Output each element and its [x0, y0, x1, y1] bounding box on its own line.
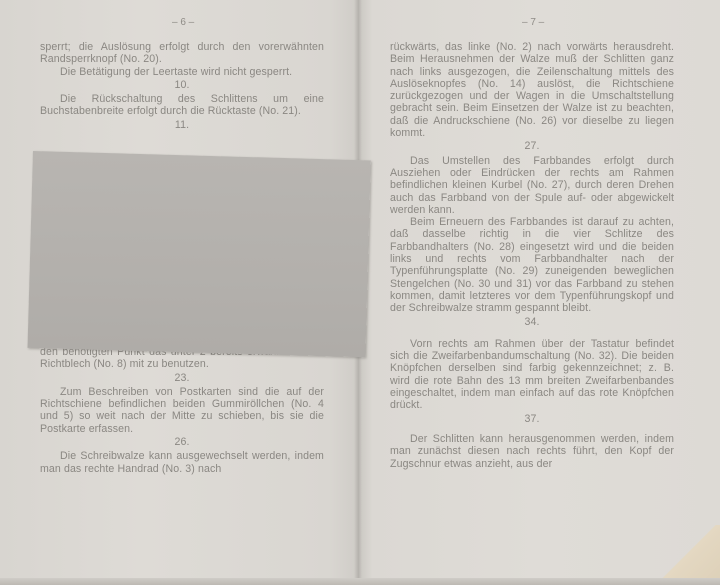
- paragraph: rückwärts, das linke (No. 2) nach vorwär…: [390, 41, 674, 139]
- paragraph: Vorn rechts am Rahmen über der Tastatur …: [390, 338, 674, 412]
- gray-paper-overlay: [27, 151, 370, 357]
- book-spread: – 6 – – 7 – sperrt; die Auslösung erfolg…: [0, 0, 720, 585]
- section-number: 27.: [390, 140, 674, 152]
- paragraph: Die Schreibwalze kann ausgewechselt werd…: [40, 450, 324, 475]
- page-bottom-edge: [0, 578, 720, 585]
- paper-stain: [650, 525, 720, 585]
- section-number: 11.: [40, 119, 324, 131]
- paragraph: Die Rückschaltung des Schlittens um eine…: [40, 93, 324, 118]
- right-page-text: rückwärts, das linke (No. 2) nach vorwär…: [390, 41, 674, 470]
- paragraph: Zum Beschreiben von Postkarten sind die …: [40, 386, 324, 435]
- page-number-left: – 6 –: [172, 17, 194, 28]
- section-number: 26.: [40, 436, 324, 448]
- spacer: [390, 330, 674, 338]
- paragraph: sperrt; die Auslösung erfolgt durch den …: [40, 41, 324, 66]
- paragraph: Der Schlitten kann herausgenommen werden…: [390, 433, 674, 470]
- paragraph: Die Betätigung der Leertaste wird nicht …: [40, 66, 324, 78]
- paragraph: Beim Erneuern des Farbbandes ist darauf …: [390, 216, 674, 314]
- section-number: 37.: [390, 413, 674, 425]
- page-number-right: – 7 –: [522, 17, 544, 28]
- section-number: 10.: [40, 79, 324, 91]
- section-number: 34.: [390, 316, 674, 328]
- paragraph: Das Umstellen des Farbbandes erfolgt dur…: [390, 155, 674, 216]
- section-number: 23.: [40, 372, 324, 384]
